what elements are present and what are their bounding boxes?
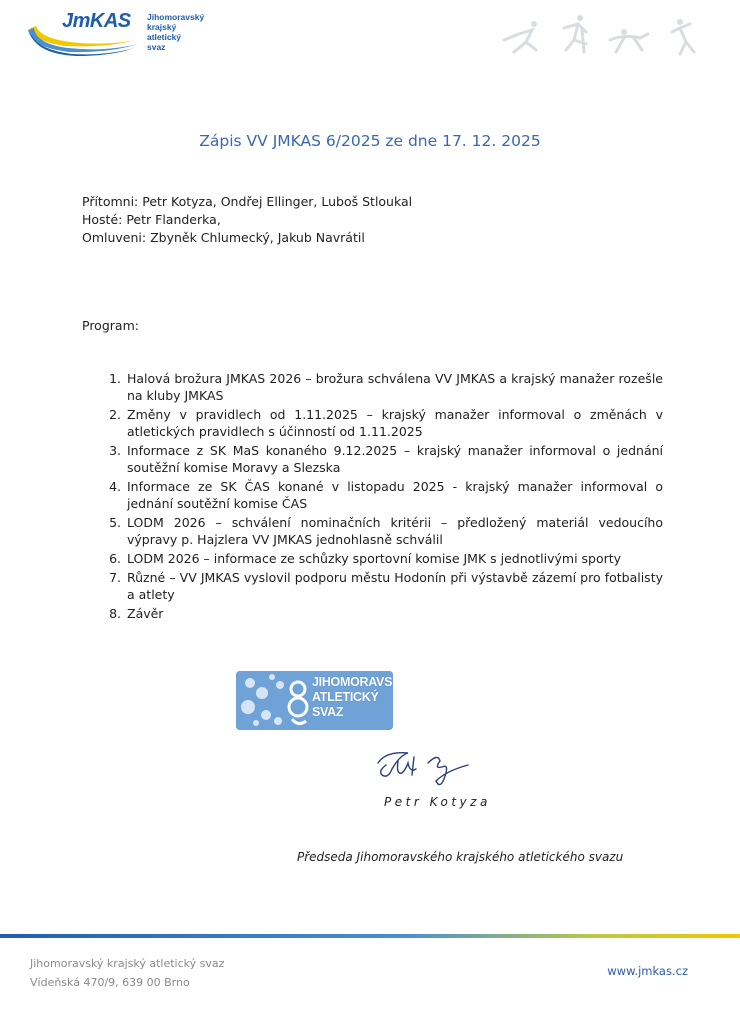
footer-address: Vídeňská 470/9, 639 00 Brno (30, 973, 224, 992)
official-stamp: JIHOMORAVSKÝ ATLETICKÝ SVAZ (236, 671, 393, 730)
program-item: Různé – VV JMKAS vyslovil podporu městu … (125, 569, 663, 603)
program-item: Závěr (125, 605, 663, 622)
stamp-line: ATLETICKÝ (312, 690, 393, 705)
logo-subtitle-line: svaz (147, 42, 204, 52)
logo-subtitle: Jihomoravský krajský atletický svaz (147, 12, 204, 52)
logo-subtitle-line: Jihomoravský (147, 12, 204, 22)
attendance-excused: Omluveni: Zbyněk Chlumecký, Jakub Navrát… (82, 229, 412, 247)
program-label: Program: (82, 318, 139, 333)
stamp-line: JIHOMORAVSKÝ (312, 675, 393, 690)
program-item: Informace ze SK ČAS konané v listopadu 2… (125, 478, 663, 512)
footer-website-link[interactable]: www.jmkas.cz (607, 964, 688, 978)
program-list: Halová brožura JMKAS 2026 – brožura schv… (104, 370, 663, 624)
jmkas-logo: JmKAS Jihomoravský krajský atletický sva… (26, 6, 226, 58)
attendance-present: Přítomni: Petr Kotyza, Ondřej Ellinger, … (82, 193, 412, 211)
document-title: Zápis VV JMKAS 6/2025 ze dne 17. 12. 202… (0, 132, 740, 150)
logo-wordmark: JmKAS (62, 10, 131, 33)
signer-role: Předseda Jihomoravského krajského atleti… (297, 850, 623, 864)
program-item: LODM 2026 – informace ze schůzky sportov… (125, 550, 663, 567)
handwritten-signature (372, 745, 482, 795)
program-item: Informace z SK MaS konaného 9.12.2025 – … (125, 442, 663, 476)
stamp-line: SVAZ (312, 705, 393, 720)
program-item: Halová brožura JMKAS 2026 – brožura schv… (125, 370, 663, 404)
program-item: LODM 2026 – schválení nominačních kritér… (125, 514, 663, 548)
footer-org-name: Jihomoravský krajský atletický svaz (30, 954, 224, 973)
signer-name: Petr Kotyza (384, 795, 491, 809)
logo-subtitle-line: atletický (147, 32, 204, 42)
footer-address-block: Jihomoravský krajský atletický svaz Víde… (30, 954, 224, 992)
athletes-silhouettes-icon (474, 10, 704, 60)
program-item: Změny v pravidlech od 1.11.2025 – krajsk… (125, 406, 663, 440)
attendance-block: Přítomni: Petr Kotyza, Ondřej Ellinger, … (82, 193, 412, 247)
logo-subtitle-line: krajský (147, 22, 204, 32)
stamp-text: JIHOMORAVSKÝ ATLETICKÝ SVAZ (312, 675, 393, 720)
attendance-guests: Hosté: Petr Flanderka, (82, 211, 412, 229)
footer-divider (0, 934, 740, 938)
